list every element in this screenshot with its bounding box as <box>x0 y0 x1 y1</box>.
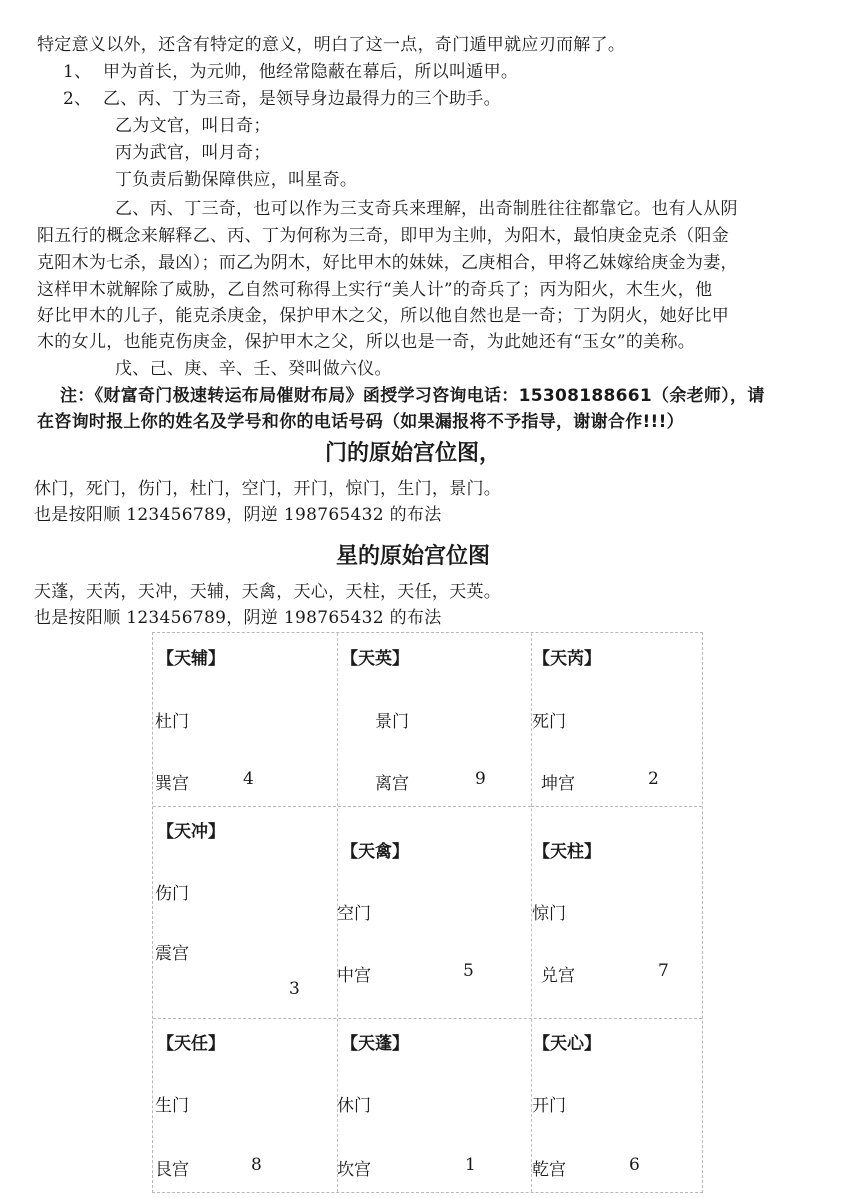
palace-name: 坤宫 <box>541 769 575 794</box>
star-name: 【天冲】 <box>157 817 225 842</box>
list-number-2: 2、 <box>63 88 91 110</box>
palace-number: 4 <box>243 769 254 789</box>
star-rule: 也是按阳顺 123456789，阴逆 198765432 的布法 <box>34 607 442 629</box>
palace-number: 3 <box>289 979 300 999</box>
palace-number: 1 <box>465 1155 476 1175</box>
list-item-2: 乙、丙、丁为三奇，是领导身边最得力的三个助手。 <box>103 88 501 110</box>
gate-name: 生门 <box>155 1091 189 1116</box>
explanation-line-5: 好比甲木的儿子，能克杀庚金，保护甲木之父，所以他自然也是一奇；丁为阴火，她好比甲 <box>37 305 729 327</box>
explanation-line-3: 克阳木为七杀，最凶）；而乙为阴木，好比甲木的妹妹，乙庚相合，甲将乙妹嫁给庚金为妻… <box>37 252 738 274</box>
gate-name: 杜门 <box>155 707 189 732</box>
gate-name: 伤门 <box>155 879 189 904</box>
gate-rule: 也是按阳顺 123456789，阴逆 198765432 的布法 <box>34 504 442 526</box>
gate-name: 开门 <box>532 1091 566 1116</box>
palace-name: 离宫 <box>375 769 409 794</box>
liuyi-line: 戊、己、庚、辛、壬、癸叫做六仪。 <box>115 358 392 380</box>
qi-item-yi: 乙为文官，叫日奇； <box>115 115 271 137</box>
star-name: 【天英】 <box>341 644 409 669</box>
palace-name: 艮宫 <box>155 1155 189 1180</box>
star-name: 【天心】 <box>533 1029 601 1054</box>
palace-number: 2 <box>648 769 659 789</box>
qi-item-bing: 丙为武官，叫月奇； <box>115 142 271 164</box>
palace-number: 7 <box>658 961 669 981</box>
intro-line: 特定意义以外，还含有特定的意义，明白了这一点，奇门遁甲就应刃而解了。 <box>37 34 625 56</box>
star-section-title: 星的原始宫位图 <box>336 539 490 570</box>
gate-name: 休门 <box>337 1091 371 1116</box>
list-number-1: 1、 <box>63 61 91 83</box>
palace-number: 6 <box>629 1155 640 1175</box>
star-name: 【天辅】 <box>157 644 225 669</box>
note-line-1: 注：《财富奇门极速转运布局催财布局》函授学习咨询电话：15308188661（余… <box>60 385 765 407</box>
note-line-2: 在咨询时报上你的姓名及学号和你的电话号码（如果漏报将不予指导，谢谢合作!!!） <box>37 411 684 433</box>
palace-number: 9 <box>475 769 486 789</box>
palace-name: 震宫 <box>155 939 189 964</box>
palace-name: 乾宫 <box>532 1155 566 1180</box>
star-name: 【天禽】 <box>341 837 409 862</box>
palace-name: 兑宫 <box>541 961 575 986</box>
palace-name: 中宫 <box>337 961 371 986</box>
gate-name: 惊门 <box>532 899 566 924</box>
palace-name: 坎宫 <box>337 1155 371 1180</box>
gate-name: 死门 <box>532 707 566 732</box>
explanation-line-2: 阳五行的概念来解释乙、丙、丁为何称为三奇，即甲为主帅，为阳木，最怕庚金克杀（阳金 <box>37 225 729 247</box>
explanation-line-4: 这样甲木就解除了威胁，乙自然可称得上实行“美人计”的奇兵了；丙为阳火，木生火，他 <box>37 279 712 301</box>
star-name: 【天柱】 <box>533 837 601 862</box>
gate-section-title: 门的原始宫位图， <box>325 436 501 467</box>
palace-number: 8 <box>251 1155 262 1175</box>
qi-item-ding: 丁负责后勤保障供应，叫星奇。 <box>115 169 357 191</box>
list-item-1: 甲为首长，为元帅，他经常隐蔽在幕后，所以叫遁甲。 <box>103 61 518 83</box>
gate-list: 休门，死门，伤门，杜门，空门，开门，惊门，生门，景门。 <box>34 478 501 500</box>
star-name: 【天任】 <box>157 1029 225 1054</box>
palace-number: 5 <box>463 961 474 981</box>
star-name: 【天蓬】 <box>341 1029 409 1054</box>
explanation-line-1: 乙、丙、丁三奇，也可以作为三支奇兵来理解，出奇制胜往往都靠它。也有人从阴 <box>115 198 738 220</box>
gate-name: 景门 <box>375 707 409 732</box>
grid-divider-h2 <box>153 1018 702 1019</box>
gate-name: 空门 <box>337 899 371 924</box>
grid-divider-h1b <box>531 806 702 807</box>
palace-grid: 【天辅】 杜门 巽宫 4 【天英】 景门 离宫 9 【天芮】 死门 坤宫 2 【… <box>152 632 703 1193</box>
palace-name: 巽宫 <box>155 769 189 794</box>
explanation-line-6: 木的女儿，也能克伤庚金，保护甲木之父，所以也是一奇，为此她还有“玉女”的美称。 <box>37 331 695 353</box>
grid-divider-h1a <box>153 806 531 807</box>
star-list: 天蓬，天芮，天冲，天辅，天禽，天心，天柱，天任，天英。 <box>34 581 501 603</box>
star-name: 【天芮】 <box>533 644 601 669</box>
